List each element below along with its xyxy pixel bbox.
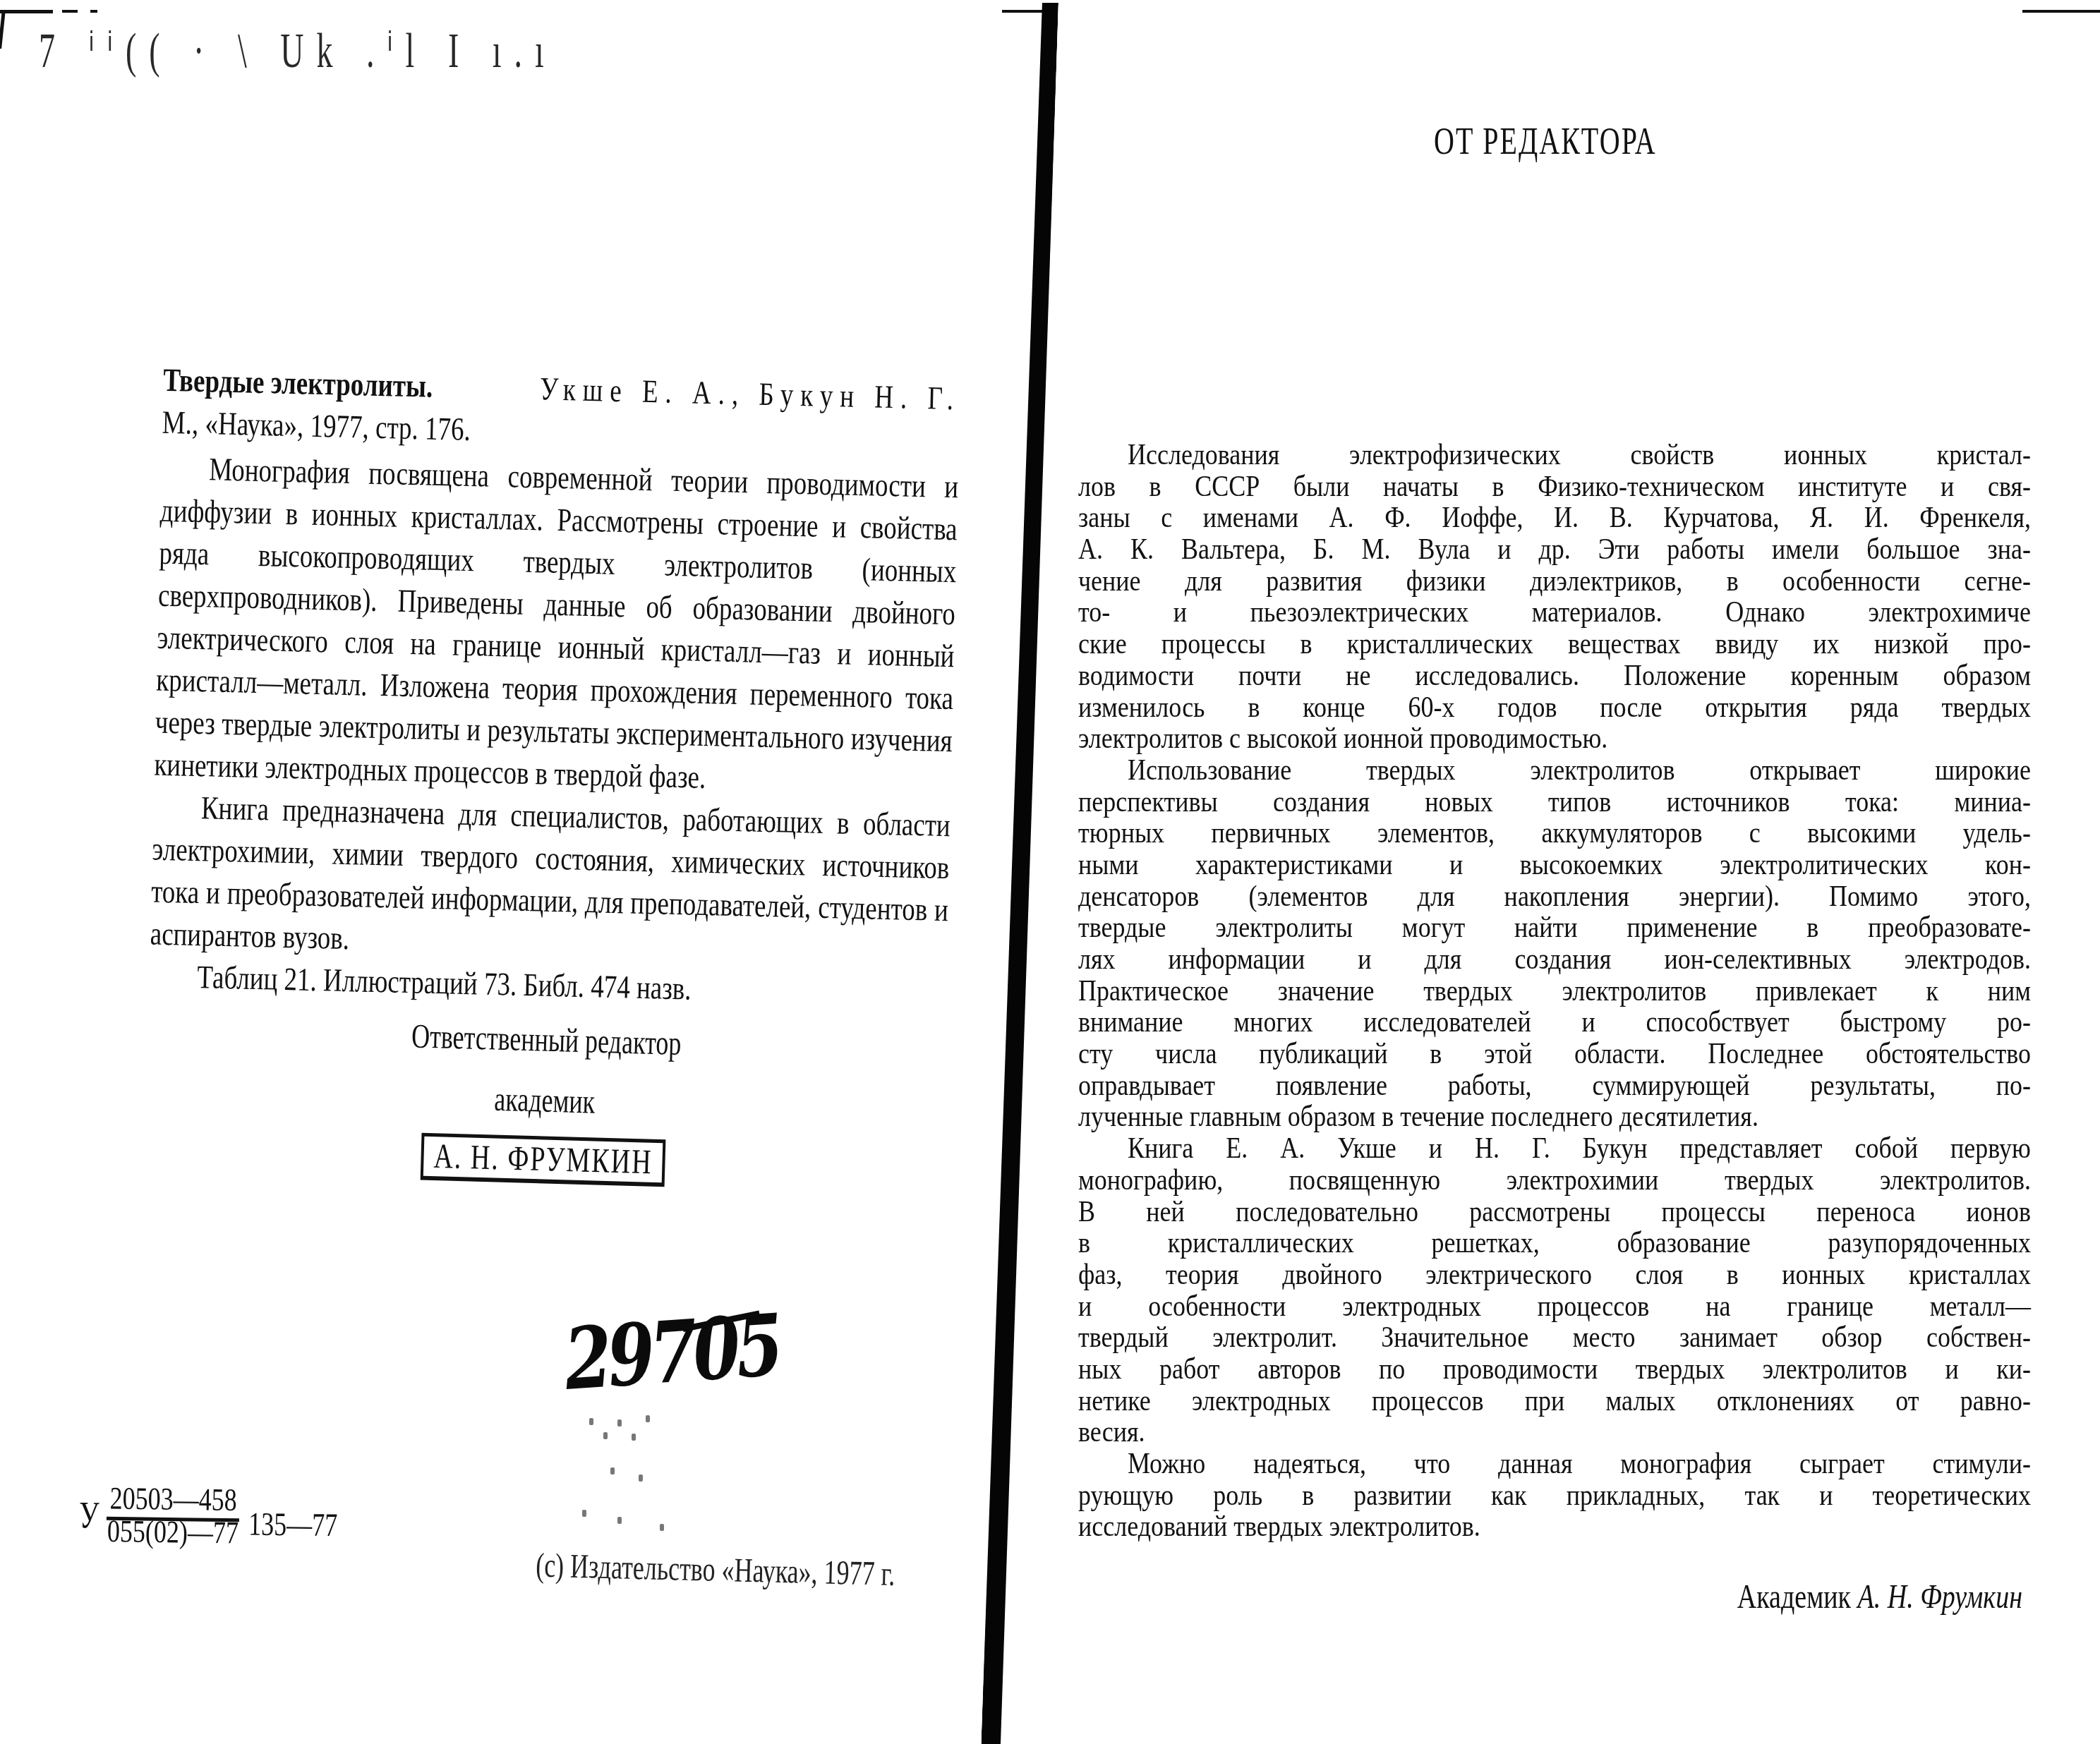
book-title: Твердые электролиты. <box>163 360 433 408</box>
text-line: исследований твердых электролитов. <box>1078 1508 2031 1546</box>
editor-role: Ответственный редактор <box>356 1015 737 1065</box>
handwritten-inventory-number: 29705 <box>561 1295 782 1409</box>
classification-fraction: 20503—458 055(02)—77 <box>104 1484 242 1548</box>
copyright-notice: (c) Издательство «Наука», 1977 г. <box>536 1545 895 1594</box>
classification-prefix: У <box>79 1492 99 1537</box>
responsible-editor-block: Ответственный редактор академик А. Н. ФР… <box>352 1019 737 1189</box>
editor-name: А. Н. ФРУМКИН <box>433 1137 653 1183</box>
editor-rank: академик <box>354 1075 735 1126</box>
foreword-text: Исследования электрофизических свойств и… <box>1078 439 2031 1542</box>
signature-name: А. Н. Фрумкин <box>1857 1578 2022 1616</box>
foreword-signature: Академик А. Н. Фрумкин <box>1737 1577 2022 1617</box>
classification-code: У 20503—458 055(02)—77 135—77 <box>78 1483 338 1549</box>
abstract-paragraph: Монография посвящена современной теории … <box>154 448 959 805</box>
left-page: Твердые электролиты. Укше Е. А., Букун Н… <box>0 0 1030 1744</box>
section-title: ОТ РЕДАКТОРА <box>1434 119 1657 163</box>
bibliographic-record: Твердые электролиты. Укше Е. А., Букун Н… <box>152 360 961 889</box>
faded-library-stamp <box>575 1404 681 1538</box>
signature-rank: Академик <box>1737 1578 1851 1616</box>
classification-suffix: 135—77 <box>248 1504 338 1544</box>
classification-denominator: 055(02)—77 <box>104 1513 242 1551</box>
editor-name-box: А. Н. ФРУМКИН <box>421 1133 666 1187</box>
audience-paragraph: Книга предназначена для специалистов, ра… <box>150 787 951 975</box>
right-page: ОТ РЕДАКТОРА Исследования электрофизичес… <box>1066 0 2100 1744</box>
